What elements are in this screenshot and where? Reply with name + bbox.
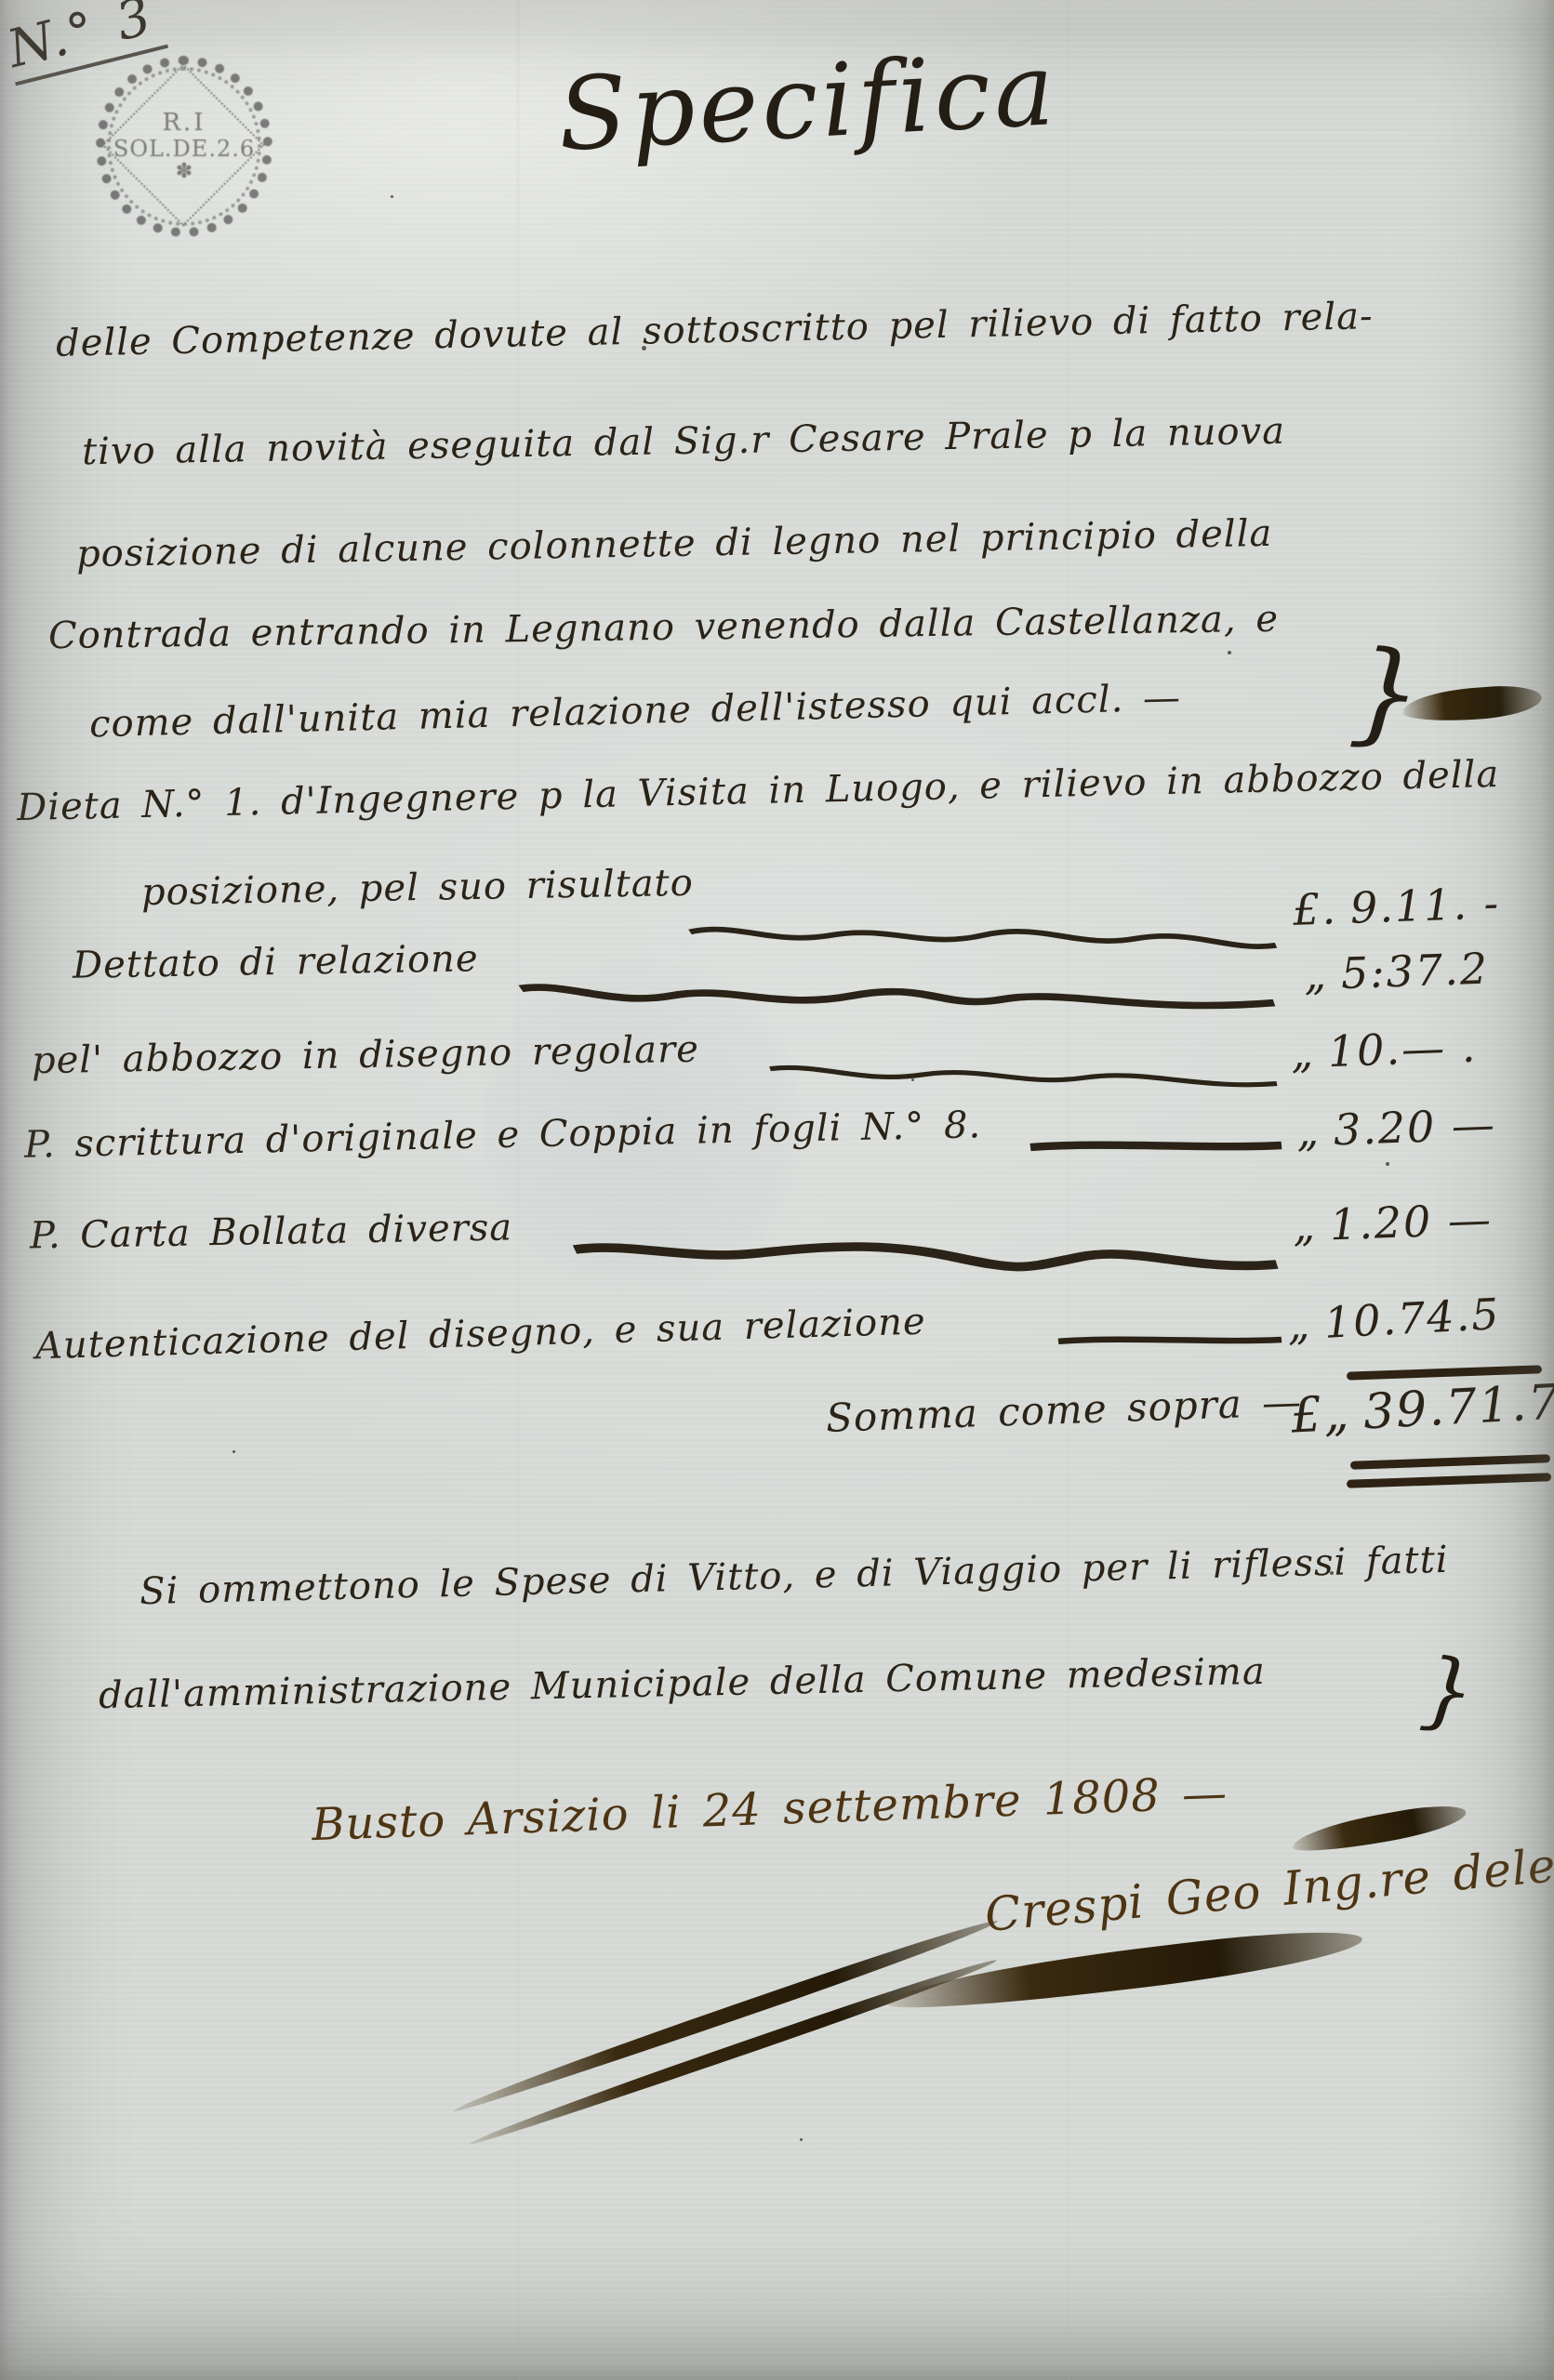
leader-line — [1030, 1136, 1282, 1155]
leader-line — [521, 978, 1274, 1013]
stamp-text: R.I SOL.DE.2.6 ✽ — [96, 56, 272, 237]
item-2-desc: Dettato di relazione — [73, 937, 479, 987]
ditto-mark: „ — [1290, 1027, 1316, 1078]
document-title: Specifica — [555, 32, 1060, 174]
stamp-flower-icon: ✽ — [176, 161, 193, 183]
item-1-amount: £.9.11. - — [1292, 878, 1501, 935]
closing-brace-flourish: } — [1346, 627, 1426, 760]
stamp-line2: SOL.DE.2.6 — [113, 137, 255, 161]
stamp-line1: R.I — [162, 110, 206, 137]
ditto-mark: „ — [1286, 1299, 1313, 1350]
total-underline-1 — [1350, 1454, 1550, 1469]
body-line-1: delle Competenze dovute al sottoscritto … — [56, 295, 1374, 365]
closing-line-1: Si ommettono le Spese di Vitto, e di Via… — [139, 1539, 1449, 1613]
signature-flourish-stroke-1 — [450, 1915, 1000, 2117]
leader-line — [690, 919, 1276, 952]
item-1-desc-line-2: posizione, pel suo risultato — [141, 862, 694, 914]
closing-brace-flourish: } — [1416, 1639, 1480, 1741]
currency-lira: £„ — [1290, 1385, 1352, 1444]
body-line-2: tivo alla novità eseguita dal Sig.r Cesa… — [82, 410, 1286, 474]
leader-line — [1058, 1331, 1282, 1348]
leader-line — [575, 1235, 1277, 1272]
currency-lira: £. — [1292, 883, 1338, 935]
item-4-amount: „3.20 — — [1295, 1099, 1497, 1156]
manuscript-page: N.° 3 R.I SOL.DE.2.6 ✽ Specifica delle C… — [0, 0, 1554, 2380]
ink-speck — [1228, 651, 1231, 654]
dateline: Busto Arsizio li 24 settembre 1808 — — [311, 1767, 1229, 1851]
total-amount: £„39.71.7 — [1290, 1374, 1554, 1444]
ink-speck — [391, 195, 393, 198]
body-line-5: come dall'unita mia relazione dell'istes… — [89, 677, 1182, 747]
ditto-mark: „ — [1303, 949, 1329, 1000]
ink-speck — [800, 2138, 803, 2141]
body-line-3: posizione di alcune colonnette di legno … — [76, 512, 1273, 575]
item-6-amount: „10.74.5 — [1286, 1289, 1502, 1350]
item-5-amount: „1.20 — — [1292, 1194, 1494, 1250]
fold-crease-right — [1068, 0, 1070, 2380]
item-3-amount: „10.— . — [1290, 1022, 1478, 1078]
item-6-desc: Autenticazione del disegno, e sua relazi… — [35, 1301, 927, 1368]
body-line-4: Contrada entrando in Legnano venendo dal… — [48, 598, 1280, 657]
ink-speck — [1386, 1162, 1389, 1166]
closing-line-2: dall'amministrazione Municipale della Co… — [99, 1650, 1266, 1717]
item-5-desc: P. Carta Bollata diversa — [30, 1206, 513, 1257]
ditto-mark: „ — [1295, 1105, 1322, 1157]
ink-speck — [232, 1450, 235, 1453]
total-label: Somma come sopra — — [825, 1379, 1303, 1441]
ink-speck — [911, 1078, 914, 1081]
fold-crease-left — [517, 0, 520, 2380]
ink-speck — [642, 346, 646, 350]
leader-line — [770, 1060, 1277, 1090]
ditto-mark: „ — [1292, 1200, 1318, 1251]
signature-flourish-stroke-2 — [467, 1955, 999, 2149]
ink-flourish-stroke — [1401, 683, 1543, 724]
item-2-amount: „5:37.2 — [1303, 944, 1490, 1000]
total-underline-2 — [1347, 1473, 1551, 1488]
revenue-stamp: R.I SOL.DE.2.6 ✽ — [96, 56, 272, 237]
ink-speck — [1330, 1571, 1334, 1575]
item-1-desc-line-1: Dieta N.° 1. d'Ingegnere p la Visita in … — [17, 753, 1500, 829]
